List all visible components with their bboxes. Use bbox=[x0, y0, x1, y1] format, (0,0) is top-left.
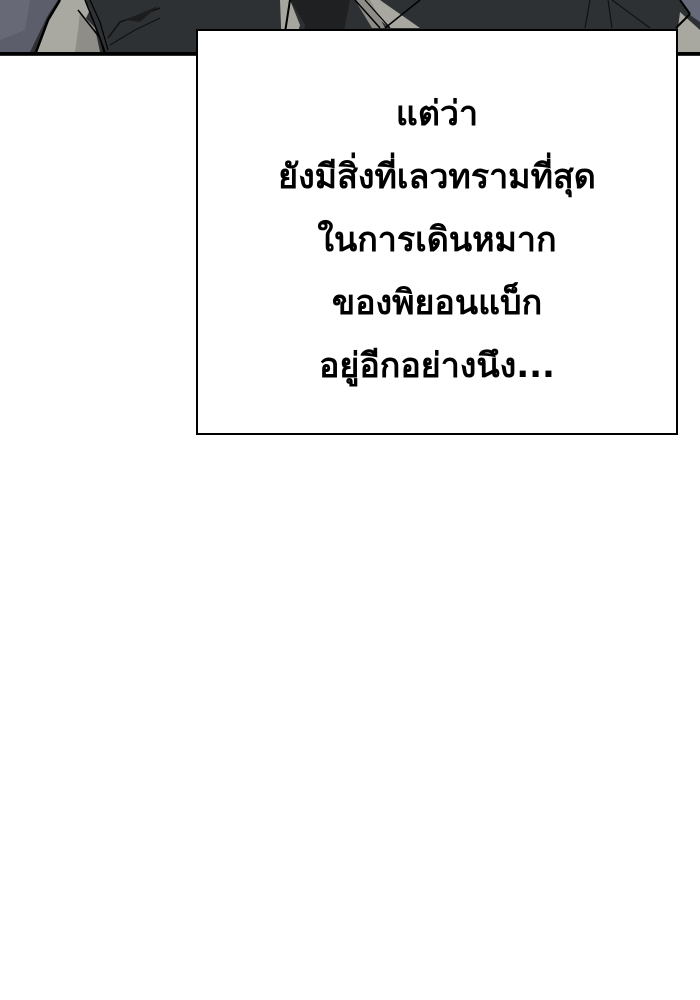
narration-caption-box: แต่ว่า ยังมีสิ่งที่เลวทรามที่สุด ในการเด… bbox=[196, 29, 678, 435]
caption-text: แต่ว่า ยังมีสิ่งที่เลวทรามที่สุด ในการเด… bbox=[198, 83, 676, 398]
caption-line-5: อยู่อีกอย่างนึง... bbox=[198, 335, 676, 398]
caption-line-4: ของพิยอนแบ็ก bbox=[198, 272, 676, 335]
caption-line-2: ยังมีสิ่งที่เลวทรามที่สุด bbox=[198, 146, 676, 209]
caption-line-3: ในการเดินหมาก bbox=[198, 209, 676, 272]
caption-line-1: แต่ว่า bbox=[198, 83, 676, 146]
